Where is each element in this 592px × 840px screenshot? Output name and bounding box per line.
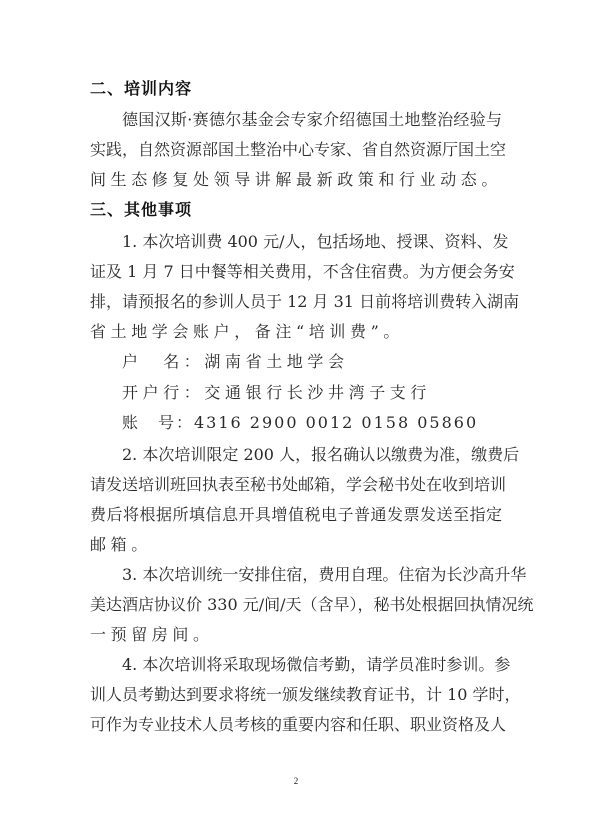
paragraph-line: 德国汉斯·赛德尔基金会专家介绍德国土地整治经验与 bbox=[122, 110, 502, 130]
item2-line: 邮箱。 bbox=[90, 535, 502, 555]
item4-line: 可作为专业技术人员考核的重要内容和任职、职业资格及人 bbox=[90, 715, 502, 735]
item3-line: 美达酒店协议价 330 元/间/天（含早），秘书处根据回执情况统 bbox=[90, 595, 502, 615]
item1-line: 省土地学会账户，备注“培训费”。 bbox=[90, 322, 502, 342]
item1-line: 1. 本次培训费 400 元/人，包括场地、授课、资料、发 bbox=[122, 232, 502, 252]
item3-line: 3. 本次培训统一安排住宿，费用自理。住宿为长沙高升华 bbox=[122, 565, 502, 585]
item2-line: 费后将根据所填信息开具增值税电子普通发票发送至指定 bbox=[90, 505, 502, 525]
item1-line: 排，请预报名的参训人员于 12 月 31 日前将培训费转入湖南 bbox=[90, 292, 502, 312]
item4-line: 4. 本次培训将采取现场微信考勤，请学员准时参训。参 bbox=[122, 655, 502, 675]
page-number: 2 bbox=[290, 776, 302, 786]
section-heading-training-content: 二、培训内容 bbox=[90, 79, 502, 99]
item1-line: 证及 1 月 7 日中餐等相关费用，不含住宿费。为方便会务安 bbox=[90, 262, 502, 282]
account-bank: 开户行：交通银行长沙井湾子支行 bbox=[122, 383, 502, 403]
item2-line: 请发送培训班回执表至秘书处邮箱，学会秘书处在收到培训 bbox=[90, 475, 502, 495]
document-page: 二、培训内容 德国汉斯·赛德尔基金会专家介绍德国土地整治经验与 实践，自然资源部… bbox=[0, 0, 592, 840]
account-name: 户 名：湖南省土地学会 bbox=[122, 352, 502, 372]
item4-line: 训人员考勤达到要求将统一颁发继续教育证书，计 10 学时， bbox=[90, 685, 502, 705]
account-number: 账 号：4316 2900 0012 0158 05860 bbox=[122, 413, 502, 433]
paragraph-line: 间生态修复处领导讲解最新政策和行业动态。 bbox=[90, 170, 502, 190]
paragraph-line: 实践，自然资源部国土整治中心专家、省自然资源厅国土空 bbox=[90, 140, 502, 160]
item3-line: 一预留房间。 bbox=[90, 625, 502, 645]
section-heading-other-matters: 三、其他事项 bbox=[90, 200, 502, 220]
item2-line: 2. 本次培训限定 200 人，报名确认以缴费为准，缴费后 bbox=[122, 445, 502, 465]
